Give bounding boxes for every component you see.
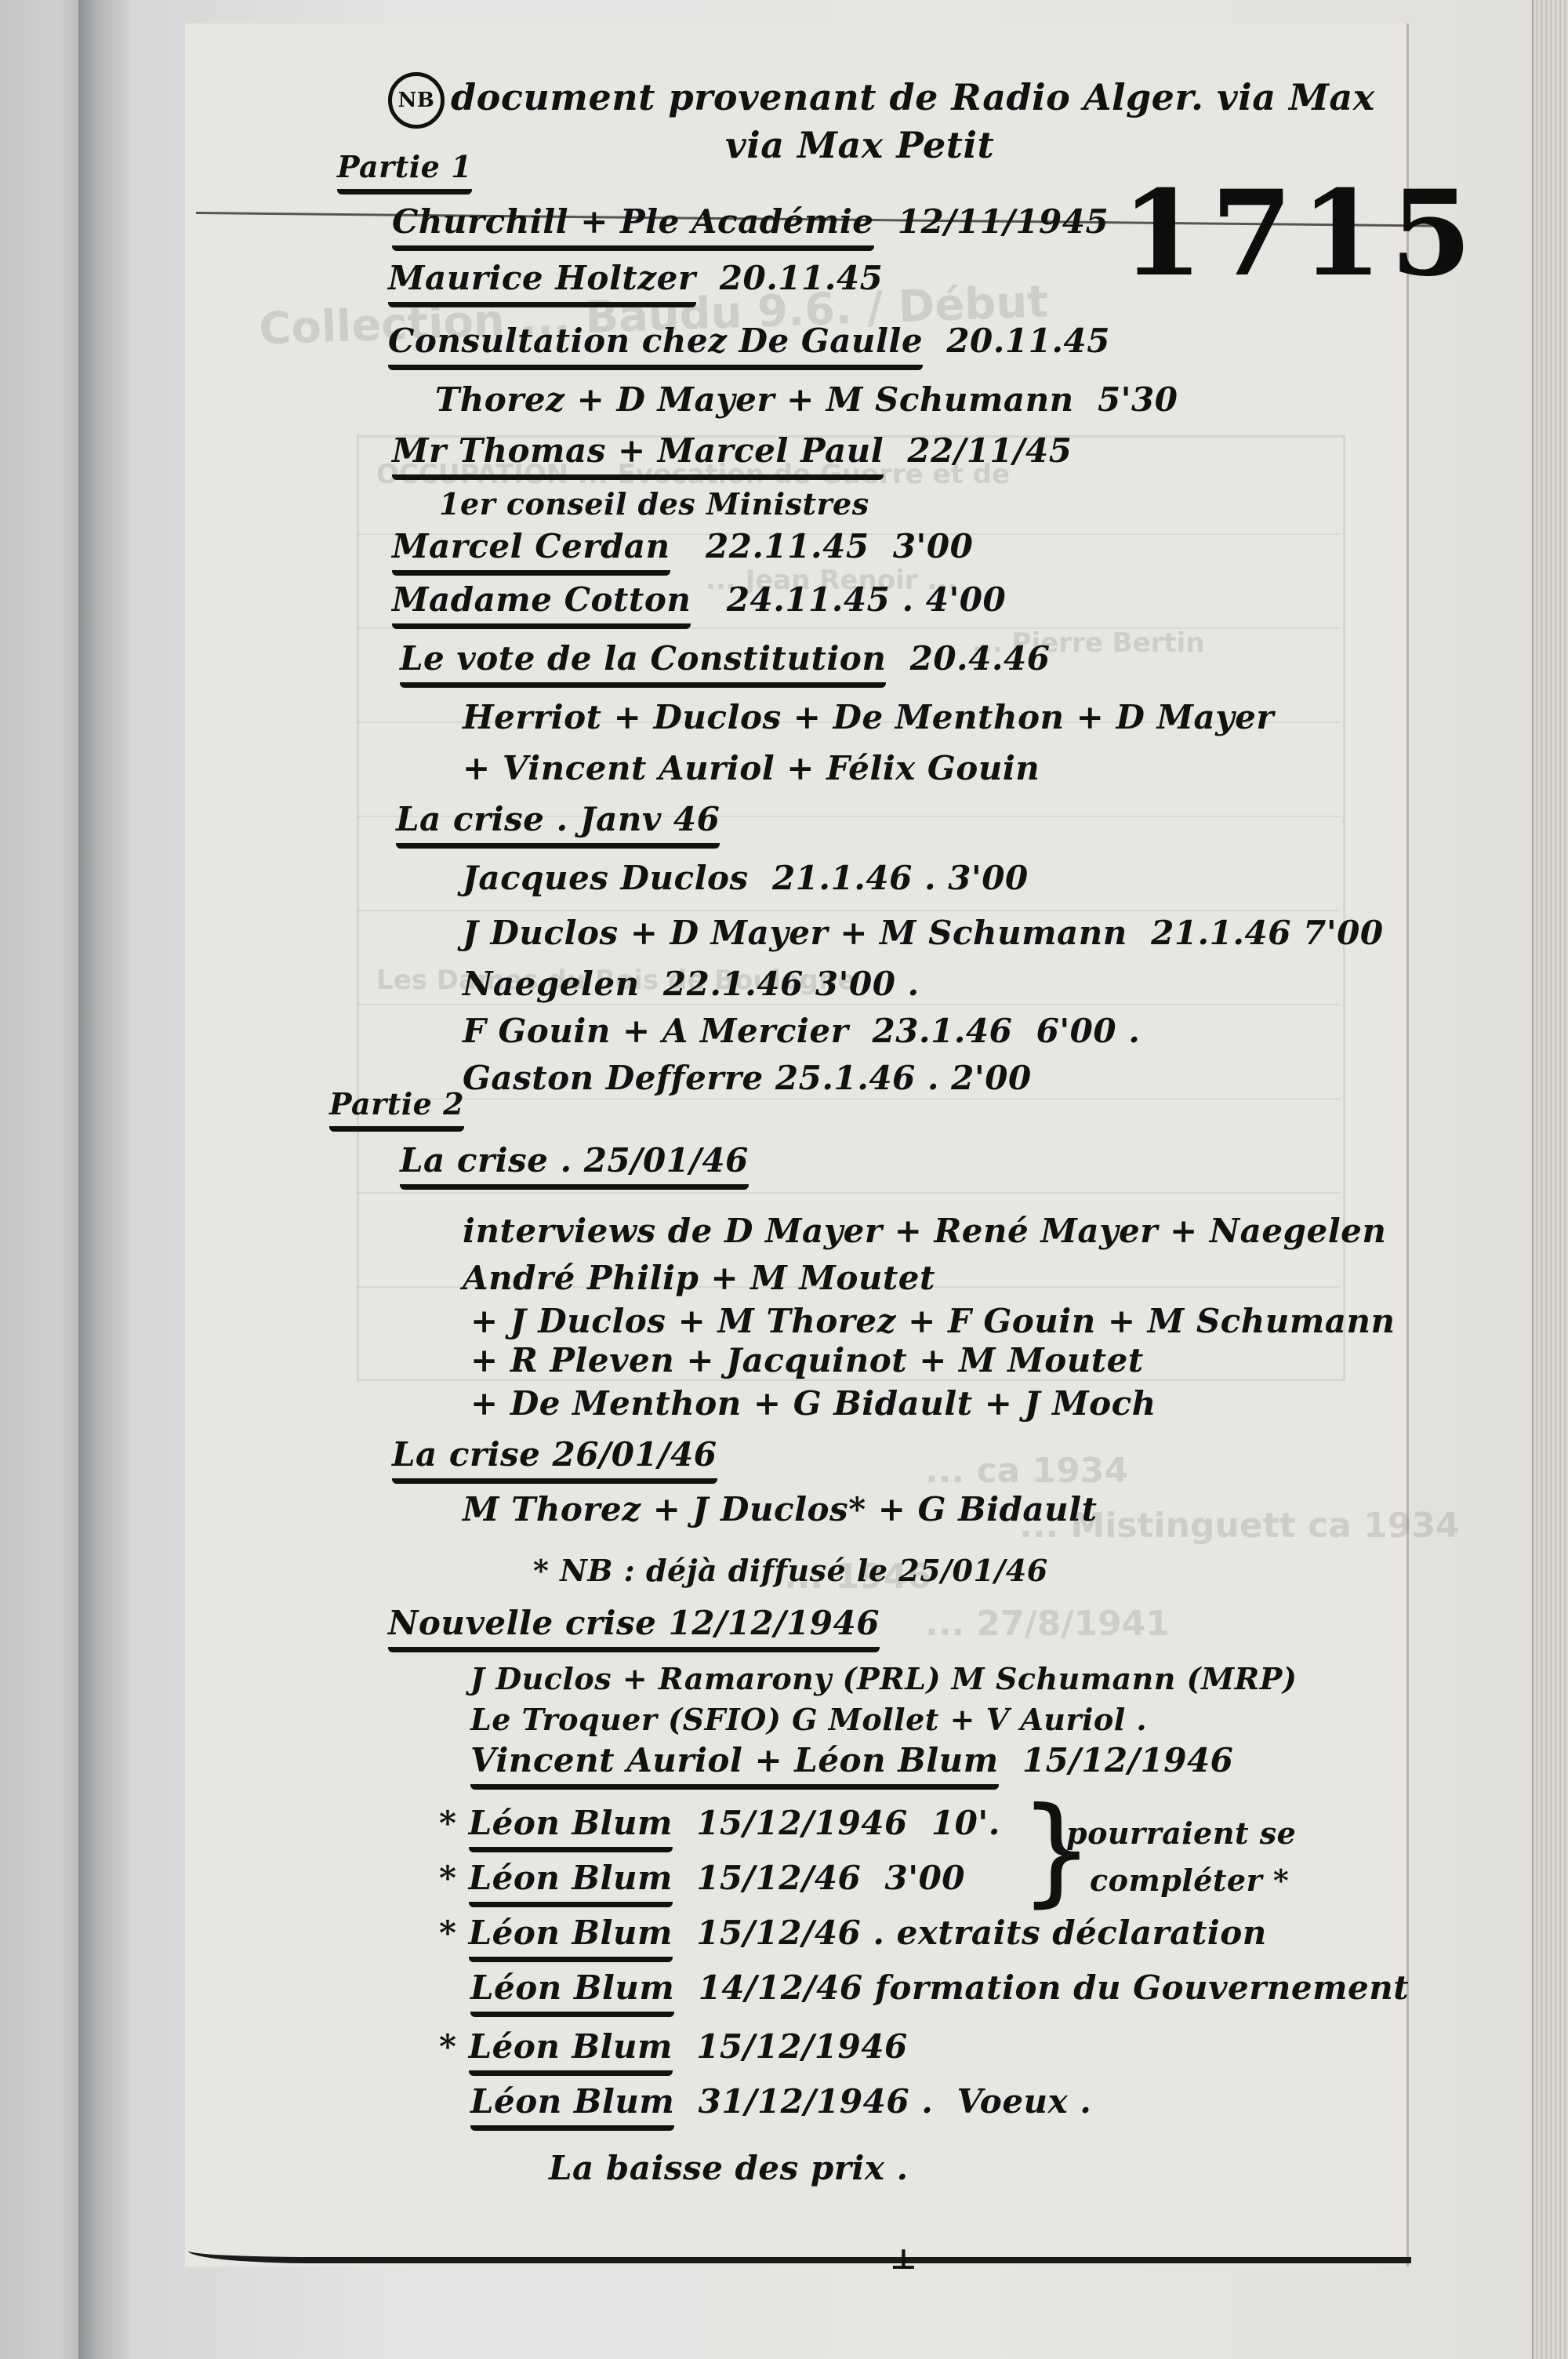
entry-date: 15/12/1946: [1022, 1741, 1233, 1779]
entry-duration: 4'00: [926, 580, 1007, 619]
entry-date: 14/12/46: [699, 1968, 863, 2007]
entry-date: 24.11.45: [727, 580, 891, 619]
entry-detail-text: Naegelen: [463, 965, 640, 1003]
entry-duration: 5'30: [1098, 380, 1178, 419]
entry-duration: 3'00: [815, 965, 896, 1003]
entry: * Léon Blum 15/12/46 3'00: [439, 1859, 965, 1907]
entry-detail: + J Duclos + M Thorez + F Gouin + M Schu…: [470, 1302, 1396, 1340]
entry-detail-text: formation du Gouvernement: [875, 1968, 1409, 2007]
entry-title: La crise . Janv 46: [396, 800, 720, 849]
archive-number-stamp: 1715: [1121, 165, 1479, 303]
entry-duration: 6'00: [1036, 1012, 1117, 1050]
entry-duration: 3'00: [948, 859, 1029, 897]
entry-date: 15/12/1946: [696, 1804, 907, 1842]
entry-title: Léon Blum: [469, 2027, 673, 2076]
entry-title: Le vote de la Constitution: [400, 639, 886, 688]
entry-title: Madame Cotton: [392, 580, 691, 629]
entry-date: 31/12/1946 .: [699, 2082, 934, 2121]
brace-icon: }: [1019, 1792, 1094, 1910]
entry: Vincent Auriol + Léon Blum 15/12/1946: [470, 1741, 1233, 1790]
entry-detail: André Philip + M Moutet: [463, 1259, 935, 1297]
entry: Léon Blum 31/12/1946 . Voeux .: [470, 2082, 1091, 2131]
entry-detail: Naegelen 22.1.46 3'00 .: [463, 965, 920, 1003]
entry-duration: 2'00: [951, 1059, 1032, 1097]
footnote: * NB : déjà diffusé le 25/01/46: [533, 1553, 1048, 1588]
entry-duration: 7'00: [1303, 914, 1384, 952]
ghost-text: ... ca 1934: [925, 1451, 1128, 1491]
entry-detail: J Duclos + D Mayer + M Schumann 21.1.46 …: [463, 914, 1384, 952]
ghost-row: [357, 1192, 1341, 1194]
part-2-label: Partie 2: [329, 1086, 464, 1132]
entry: Maurice Holtzer 20.11.45: [388, 259, 883, 307]
entry-date: 22.11.45: [706, 527, 869, 565]
part-label: Partie 1: [337, 149, 472, 194]
entry-detail-text: J Duclos + D Mayer + M Schumann: [463, 914, 1127, 952]
entry-date: 20.11.45: [720, 259, 884, 297]
entry: * Léon Blum 15/12/46 . extraits déclarat…: [439, 1914, 1267, 1962]
entry-title: Léon Blum: [469, 1914, 673, 1962]
entry-title: Consultation chez De Gaulle: [388, 322, 923, 370]
entry-detail: Gaston Defferre 25.1.46 . 2'00: [463, 1059, 1032, 1097]
bottom-rule: [188, 2251, 1411, 2263]
entry-detail: Jacques Duclos 21.1.46 . 3'00: [463, 859, 1029, 897]
entry: * Léon Blum 15/12/1946: [439, 2027, 908, 2076]
header-text: document provenant de Radio Alger. via M…: [451, 76, 1375, 118]
entry: Le vote de la Constitution 20.4.46: [400, 639, 1050, 688]
entry-detail: + R Pleven + Jacquinot + M Moutet: [470, 1341, 1144, 1379]
entry: La crise . 25/01/46: [400, 1141, 749, 1190]
entry-detail-text: Voeux .: [957, 2082, 1092, 2121]
entry: Madame Cotton 24.11.45 . 4'00: [392, 580, 1006, 629]
entry: * Léon Blum 15/12/1946 10'.: [439, 1804, 1000, 1852]
entry-detail: Thorez + D Mayer + M Schumann 5'30: [435, 380, 1178, 419]
entry-date: 12/11/1945: [898, 202, 1109, 241]
entry-detail: interviews de D Mayer + René Mayer + Nae…: [463, 1212, 1386, 1250]
entry-duration: 3'00: [893, 527, 974, 565]
ghost-text: ... 27/8/1941: [925, 1604, 1170, 1644]
entry-date: 15/12/46: [696, 1859, 861, 1897]
entry-title: Mr Thomas + Marcel Paul: [392, 431, 884, 480]
entry-detail-text: extraits déclaration: [897, 1914, 1267, 1952]
entry-date: 25.1.46: [775, 1059, 916, 1097]
sheet-edge: [1406, 24, 1409, 2266]
entry-detail: La baisse des prix .: [549, 2149, 909, 2187]
book-gutter: [78, 0, 133, 2359]
entry-detail-text: F Gouin + A Mercier: [463, 1012, 848, 1050]
part-label: Partie 2: [329, 1086, 464, 1132]
entry-title: Marcel Cerdan: [392, 527, 670, 576]
entry-detail-text: Gaston Defferre: [463, 1059, 764, 1097]
entry-detail: + Vincent Auriol + Félix Gouin: [463, 749, 1040, 787]
ghost-row: [357, 1004, 1341, 1005]
entry: Nouvelle crise 12/12/1946: [388, 1604, 880, 1652]
entry-title: La crise 26/01/46: [392, 1435, 717, 1484]
side-note: compléter *: [1090, 1863, 1289, 1898]
side-note: pourraient se: [1066, 1816, 1296, 1851]
entry-title: Vincent Auriol + Léon Blum: [470, 1741, 999, 1790]
entry-detail-text: Jacques Duclos: [463, 859, 749, 897]
entry-date: 15/12/46 .: [696, 1914, 884, 1952]
header-line-2: via Max Petit: [725, 124, 994, 166]
entry-detail: F Gouin + A Mercier 23.1.46 6'00 .: [463, 1012, 1140, 1050]
entry: La crise . Janv 46: [396, 800, 720, 849]
part-1-label: Partie 1: [337, 149, 472, 194]
entry-detail-text: Thorez + D Mayer + M Schumann: [435, 380, 1074, 419]
entry-date: 21.1.46: [772, 859, 913, 897]
entry-detail: 1er conseil des Ministres: [439, 486, 869, 522]
entry-date: 23.1.46: [872, 1012, 1012, 1050]
nb-circle-icon: NB: [388, 72, 445, 129]
bottom-mark-icon: ⊥: [890, 2243, 917, 2276]
entry-title: Nouvelle crise 12/12/1946: [388, 1604, 880, 1652]
entry: Churchill + Ple Académie 12/11/1945: [392, 202, 1109, 251]
entry-title: Léon Blum: [470, 2082, 674, 2131]
entry-detail: M Thorez + J Duclos* + G Bidault: [463, 1490, 1098, 1528]
entry-detail: + De Menthon + G Bidault + J Moch: [470, 1384, 1156, 1423]
entry-title: Léon Blum: [469, 1859, 673, 1907]
entry-title: Churchill + Ple Académie: [392, 202, 874, 251]
header-line-1: NBdocument provenant de Radio Alger. via…: [388, 72, 1375, 129]
entry-date: 21.1.46: [1151, 914, 1291, 952]
entry-detail: J Duclos + Ramarony (PRL) M Schumann (MR…: [470, 1661, 1297, 1696]
ghost-row: [357, 1098, 1341, 1100]
entry: Léon Blum 14/12/46 formation du Gouverne…: [470, 1968, 1409, 2017]
entry-title: Léon Blum: [470, 1968, 674, 2017]
entry: Consultation chez De Gaulle 20.11.45: [388, 322, 1110, 370]
entry-duration: 10'.: [931, 1804, 1000, 1842]
ghost-row: [357, 910, 1341, 911]
entry-title: La crise . 25/01/46: [400, 1141, 749, 1190]
entry-date: 20.4.46: [910, 639, 1051, 678]
entry-duration: 3'00: [884, 1859, 965, 1897]
entry: Marcel Cerdan 22.11.45 3'00: [392, 527, 973, 576]
entry-date: 22/11/45: [907, 431, 1072, 470]
entry-title: Léon Blum: [469, 1804, 673, 1852]
entry-detail: Le Troquer (SFIO) G Mollet + V Auriol .: [470, 1702, 1147, 1737]
entry-date: 20.11.45: [946, 322, 1110, 360]
entry-date: 22.1.46: [663, 965, 804, 1003]
entry-title: Maurice Holtzer: [388, 259, 696, 307]
page-edges: [1532, 0, 1568, 2359]
entry: La crise 26/01/46: [392, 1435, 717, 1484]
entry-date: 15/12/1946: [696, 2027, 907, 2066]
entry-detail: Herriot + Duclos + De Menthon + D Mayer: [463, 698, 1274, 736]
entry: Mr Thomas + Marcel Paul 22/11/45: [392, 431, 1072, 480]
left-facing-page: [0, 0, 82, 2359]
